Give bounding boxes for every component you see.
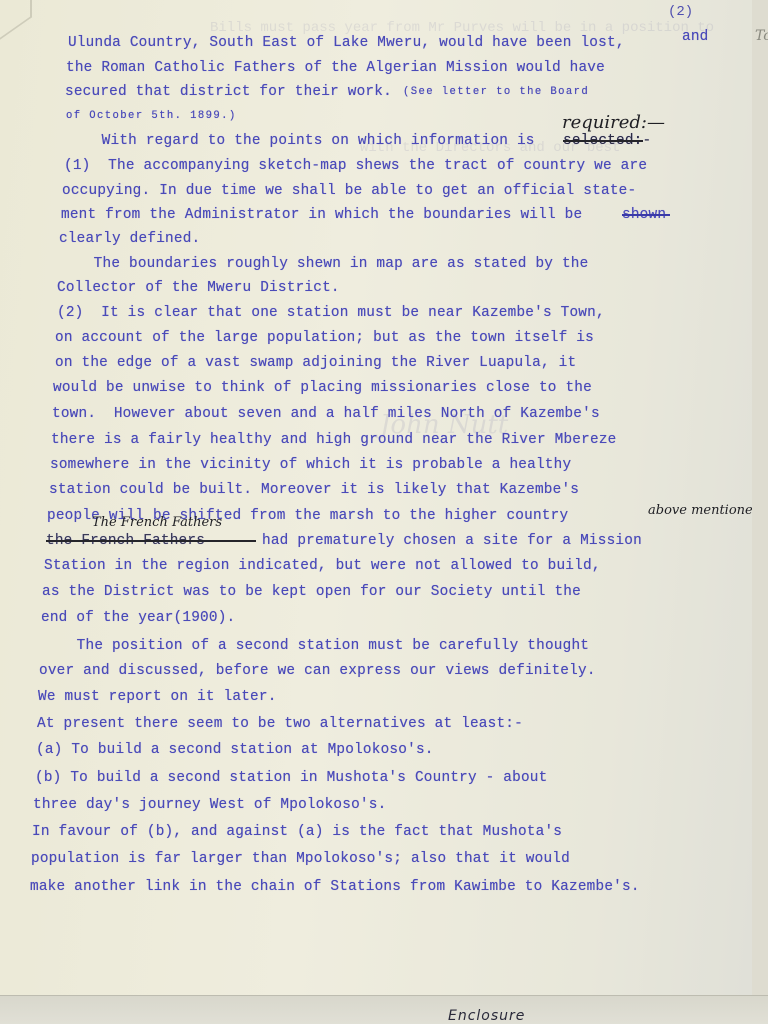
text-line: At present there seem to be two alternat… <box>37 716 523 732</box>
text-line: over and discussed, before we can expres… <box>39 663 596 679</box>
adjacent-page-edge: To <box>752 0 768 1024</box>
text-line: In favour of (b), and against (a) is the… <box>32 824 562 840</box>
text-line: on the edge of a vast swamp adjoining th… <box>55 355 576 371</box>
text-line: Station in the region indicated, but wer… <box>44 558 601 574</box>
text-line: secured that district for their work. <box>65 84 392 100</box>
text-line: (2) It is clear that one station must be… <box>57 305 605 321</box>
letter-page: Bills must pass year from Mr Purves will… <box>0 0 753 995</box>
text-line: clearly defined. <box>59 231 200 247</box>
text-line: make another link in the chain of Statio… <box>30 879 640 895</box>
page-number: (2) <box>668 4 693 20</box>
text-line: ment from the Administrator in which the… <box>61 207 582 223</box>
handwritten-required: required:— <box>562 112 665 133</box>
text-line: the Roman Catholic Fathers of the Algeri… <box>66 60 605 76</box>
text-line: there is a fairly healthy and high groun… <box>51 432 617 448</box>
paper-corner-fold <box>0 0 32 47</box>
text-line: Ulunda Country, South East of Lake Mweru… <box>68 35 625 51</box>
strikethrough <box>622 214 670 216</box>
handwritten-french-fathers: The French Fathers <box>92 515 222 530</box>
text-line: end of the year(1900). <box>41 610 235 626</box>
text-line: With regard to the points on which infor… <box>84 133 535 149</box>
text-line-and: and <box>682 29 709 45</box>
underlying-page <box>0 995 768 1024</box>
text-line-small: of October 5th. 1899.) <box>66 110 237 122</box>
text-line: as the District was to be kept open for … <box>42 584 581 600</box>
strikethrough <box>563 140 643 142</box>
text-line: The boundaries roughly shewn in map are … <box>76 256 588 272</box>
text-line: (1) The accompanying sketch-map shews th… <box>64 158 647 174</box>
enclosure-stamp: Enclosure <box>448 1008 525 1024</box>
text-line: We must report on it later. <box>38 689 277 705</box>
text-line: (b) To build a second station in Mushota… <box>35 770 547 786</box>
text-line: population is far larger than Mpolokoso'… <box>31 851 570 867</box>
text-line: on account of the large population; but … <box>55 330 594 346</box>
text-line: Collector of the Mweru District. <box>57 280 340 296</box>
strikethrough <box>46 540 256 542</box>
text-line: station could be built. Moreover it is l… <box>49 482 579 498</box>
text-line: had prematurely chosen a site for a Miss… <box>262 533 642 549</box>
text-line: three day's journey West of Mpolokoso's. <box>33 797 386 813</box>
edge-fragment-text: To <box>755 28 768 44</box>
text-line: (a) To build a second station at Mpoloko… <box>36 742 434 758</box>
bleed-through-text: Bills must pass year from Mr Purves will… <box>210 20 714 36</box>
text-line: town. However about seven and a half mil… <box>52 406 600 422</box>
text-line: would be unwise to think of placing miss… <box>53 380 592 396</box>
text-line-small: (See letter to the Board <box>403 86 589 98</box>
handwritten-above-mentioned: above mentioned <box>648 503 761 518</box>
text-line: The position of a second station must be… <box>59 638 589 654</box>
text-line: occupying. In due time we shall be able … <box>62 183 636 199</box>
text-line: somewhere in the vicinity of which it is… <box>50 457 571 473</box>
